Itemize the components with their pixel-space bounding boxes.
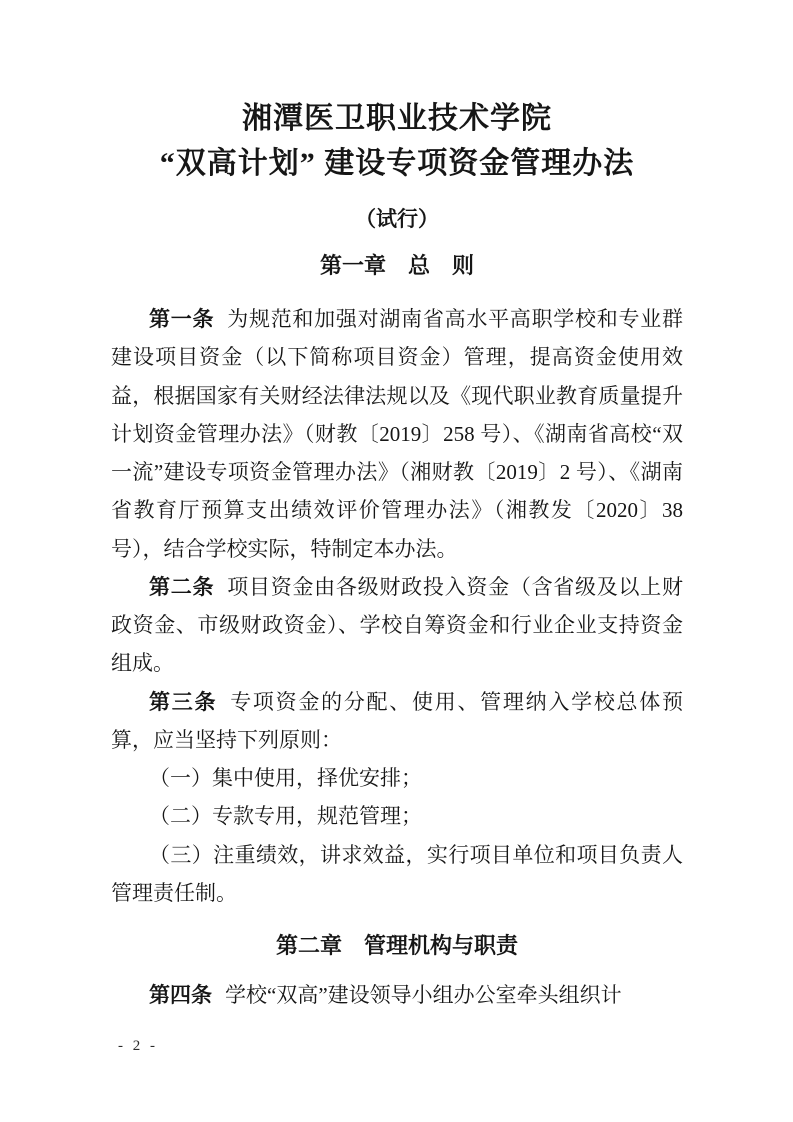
article-3-paragraph: 第三条专项资金的分配、使用、管理纳入学校总体预算，应当坚持下列原则：	[111, 683, 683, 760]
article-3-item-2: （二）专款专用，规范管理；	[111, 797, 683, 835]
document-title: 湘潭医卫职业技术学院 “双高计划” 建设专项资金管理办法	[111, 0, 683, 186]
chapter-1-heading: 第一章 总 则	[111, 247, 683, 285]
article-4-paragraph: 第四条学校“双高”建设领导小组办公室牵头组织计	[111, 976, 683, 1014]
document-title-line1: 湘潭医卫职业技术学院	[242, 102, 552, 135]
document-content: 湘潭医卫职业技术学院 “双高计划” 建设专项资金管理办法 （试行） 第一章 总 …	[111, 0, 683, 1014]
chapter-1-body: 第一条为规范和加强对湖南省高水平高职学校和专业群建设项目资金（以下简称项目资金）…	[111, 300, 683, 912]
chapter-2-heading: 第二章 管理机构与职责	[111, 927, 683, 965]
article-3-item-3: （三）注重绩效，讲求效益，实行项目单位和项目负责人管理责任制。	[111, 836, 683, 913]
document-subtitle: （试行）	[111, 200, 683, 238]
article-4-lead: 第四条	[149, 983, 212, 1007]
document-title-line2: “双高计划” 建设专项资金管理办法	[160, 147, 635, 180]
article-3-item-1: （一）集中使用，择优安排；	[111, 759, 683, 797]
page-number: - 2 -	[118, 1038, 158, 1055]
article-3-lead: 第三条	[149, 690, 217, 714]
article-4-text: 学校“双高”建设领导小组办公室牵头组织计	[225, 983, 622, 1007]
document-page: 湘潭医卫职业技术学院 “双高计划” 建设专项资金管理办法 （试行） 第一章 总 …	[0, 0, 793, 1122]
article-2-lead: 第二条	[149, 575, 214, 599]
article-1-paragraph: 第一条为规范和加强对湖南省高水平高职学校和专业群建设项目资金（以下简称项目资金）…	[111, 300, 683, 568]
article-2-paragraph: 第二条项目资金由各级财政投入资金（含省级及以上财政资金、市级财政资金）、学校自筹…	[111, 568, 683, 683]
article-1-text: 为规范和加强对湖南省高水平高职学校和专业群建设项目资金（以下简称项目资金）管理，…	[111, 307, 683, 561]
article-1-lead: 第一条	[149, 307, 214, 331]
